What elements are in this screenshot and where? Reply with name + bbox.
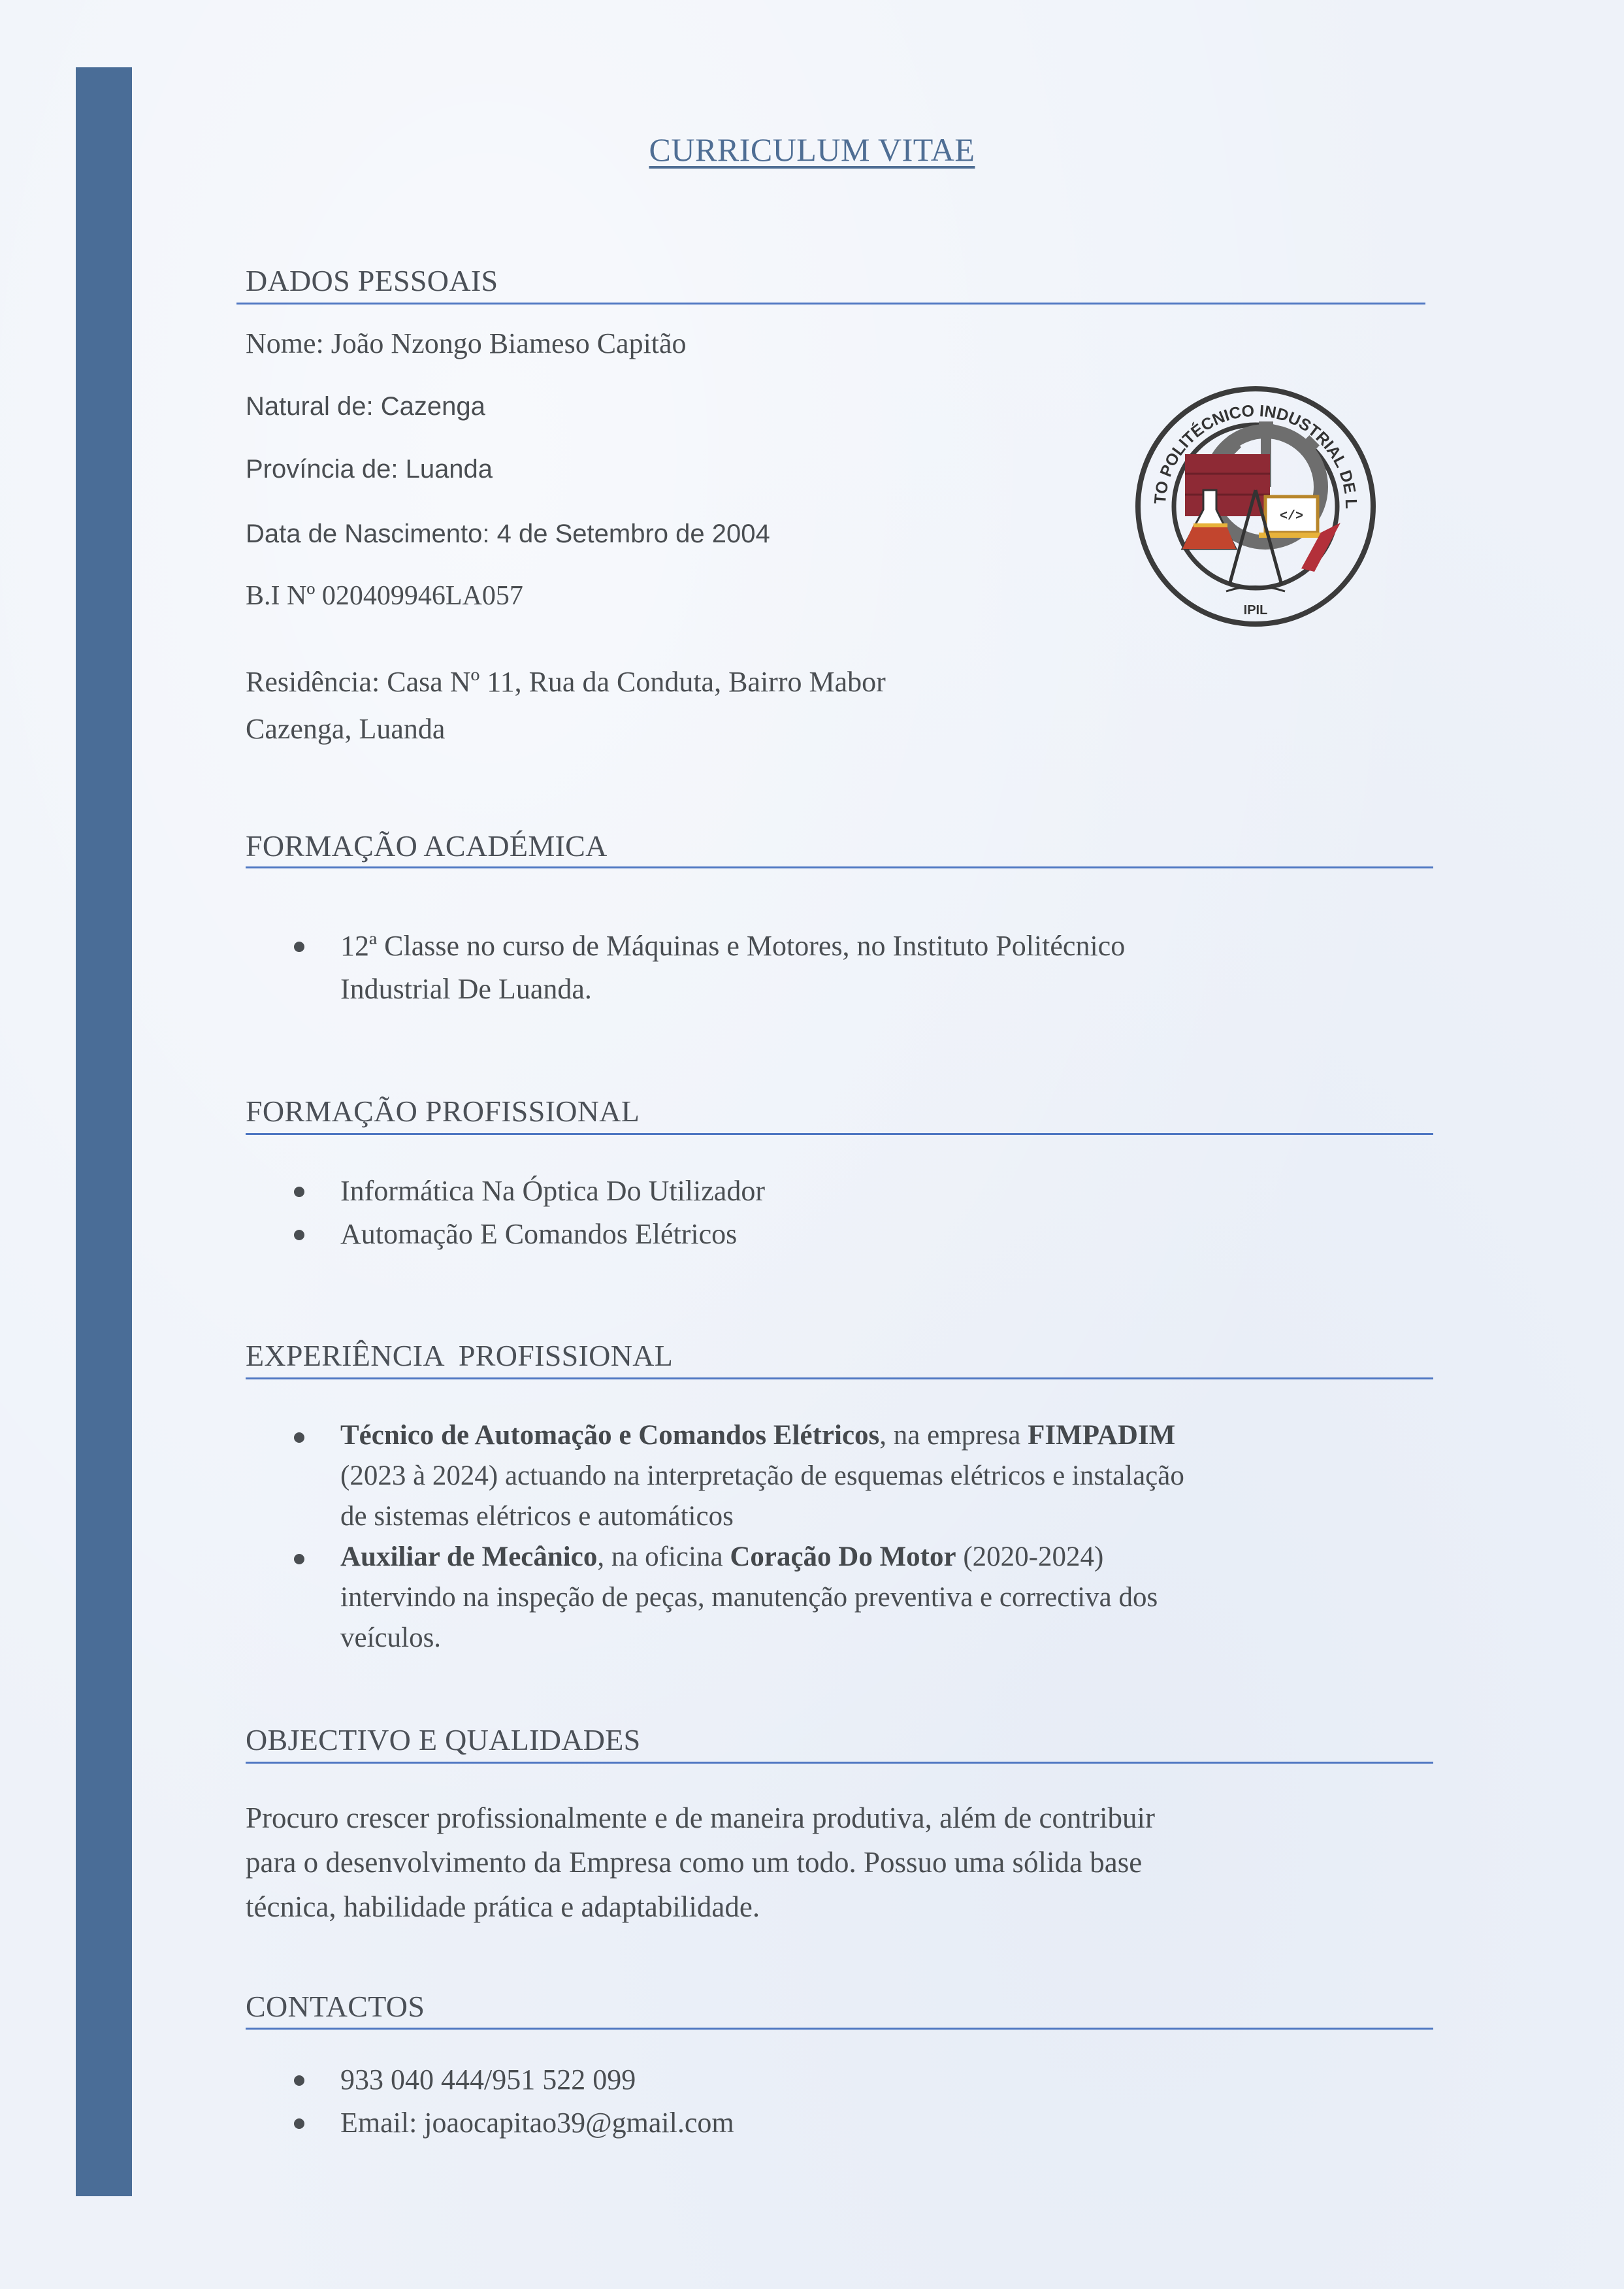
experience-role: Técnico de Automação e Comandos Elétrico… (340, 1420, 879, 1451)
objective-line: Procuro crescer profissionalmente e de m… (246, 1802, 1155, 1834)
contacts-list: 933 040 444/951 522 099 Email: joaocapit… (291, 2058, 734, 2145)
heading-training: FORMAÇÃO PROFISSIONAL (246, 1094, 640, 1128)
personal-id: B.I Nº 020409946LA057 (246, 580, 523, 612)
personal-residence-city: Cazenga, Luanda (246, 712, 445, 746)
experience-detail: (2023 à 2024) actuando na interpretação … (340, 1460, 1184, 1491)
heading-personal-data: DADOS PESSOAIS (246, 263, 498, 298)
section-rule (236, 303, 1425, 305)
training-list: Informática Na Óptica Do Utilizador Auto… (291, 1170, 765, 1256)
section-rule (246, 1377, 1433, 1379)
list-item: Informática Na Óptica Do Utilizador (340, 1170, 765, 1213)
experience-connector: , na oficina (597, 1541, 730, 1572)
experience-company: Coração Do Motor (730, 1541, 956, 1572)
objective-line: para o desenvolvimento da Empresa como u… (246, 1846, 1142, 1879)
section-rule (246, 1133, 1433, 1135)
contact-phone: 933 040 444/951 522 099 (340, 2058, 734, 2101)
experience-detail: intervindo na inspeção de peças, manuten… (340, 1582, 1158, 1613)
experience-company: FIMPADIM (1028, 1420, 1175, 1451)
experience-connector: , na empresa (879, 1420, 1028, 1451)
section-rule (246, 866, 1433, 868)
experience-period: (2020-2024) (956, 1541, 1104, 1572)
document-title: CURRICULUM VITAE (0, 131, 1624, 169)
title-text: CURRICULUM VITAE (649, 131, 975, 168)
heading-academic: FORMAÇÃO ACADÉMICA (246, 829, 608, 863)
personal-birthplace: Natural de: Cazenga (246, 392, 485, 421)
contact-email: Email: joaocapitao39@gmail.com (340, 2101, 734, 2145)
personal-province: Província de: Luanda (246, 455, 493, 484)
heading-experience: EXPERIÊNCIA PROFISSIONAL (246, 1338, 673, 1373)
academic-list: 12ª Classe no curso de Máquinas e Motore… (291, 925, 1125, 1011)
list-item: Automação E Comandos Elétricos (340, 1213, 765, 1256)
experience-role: Auxiliar de Mecânico (340, 1541, 597, 1572)
list-item: 12ª Classe no curso de Máquinas e Motore… (340, 925, 1125, 1011)
school-emblem-icon: INSTITUTO POLITÉCNICO INDUSTRIAL DE LUAN… (1125, 376, 1386, 637)
academic-item-line1: 12ª Classe no curso de Máquinas e Motore… (340, 930, 1125, 962)
list-item: Auxiliar de Mecânico, na oficina Coração… (340, 1537, 1184, 1658)
experience-detail: veículos. (340, 1622, 441, 1653)
school-emblem: INSTITUTO POLITÉCNICO INDUSTRIAL DE LUAN… (1125, 376, 1386, 637)
personal-residence: Residência: Casa Nº 11, Rua da Conduta, … (246, 665, 886, 699)
list-item: Técnico de Automação e Comandos Elétrico… (340, 1415, 1184, 1537)
svg-text:IPIL: IPIL (1244, 603, 1268, 618)
decorative-side-bar (76, 67, 132, 2196)
heading-contacts: CONTACTOS (246, 1989, 425, 2024)
heading-objective: OBJECTIVO E QUALIDADES (246, 1722, 641, 1757)
section-rule (246, 2028, 1433, 2030)
section-rule (246, 1762, 1433, 1764)
svg-text:</>: </> (1280, 509, 1303, 524)
experience-list: Técnico de Automação e Comandos Elétrico… (291, 1415, 1184, 1658)
objective-text: Procuro crescer profissionalmente e de m… (246, 1796, 1441, 1929)
personal-name: Nome: João Nzongo Biameso Capitão (246, 327, 687, 360)
academic-item-line2: Industrial De Luanda. (340, 973, 592, 1005)
objective-line: técnica, habilidade prática e adaptabili… (246, 1890, 760, 1923)
experience-detail: de sistemas elétricos e automáticos (340, 1501, 734, 1532)
paper-background (0, 0, 1624, 2289)
personal-birthdate: Data de Nascimento: 4 de Setembro de 200… (246, 519, 770, 549)
